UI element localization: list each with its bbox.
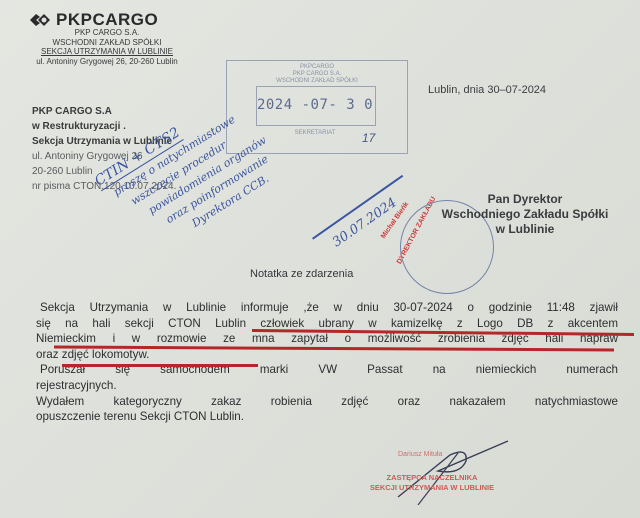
company-logo: PKPCARGO <box>28 10 158 30</box>
pkp-cargo-logo-icon <box>28 12 52 28</box>
body-line: Wydałem kategoryczny zakaz robienia zdję… <box>36 394 618 410</box>
stamp-number: 17 <box>362 131 375 145</box>
role-line: SEKCJI UTRZYMANIA W LUBLINIE <box>352 483 512 493</box>
document-body: Sekcja Utrzymania w Lublinie informuje ,… <box>36 300 618 425</box>
letterhead-line: SEKCJA UTRZYMANIA W LUBLINIE <box>12 47 202 57</box>
document-title: Notatka ze zdarzenia <box>250 268 353 280</box>
signatory-role: ZASTĘPCA NACZELNIKA SEKCJI UTRZYMANIA W … <box>352 473 512 493</box>
letterhead-line: WSCHODNI ZAKŁAD SPÓŁKI <box>12 38 202 48</box>
body-line: rejestracyjnych. <box>36 378 618 394</box>
addressee-line: w Lublinie <box>420 222 630 237</box>
body-line: opuszczenie terenu Sekcji CTON Lublin. <box>36 409 618 425</box>
addressee-line: Wschodniego Zakładu Spółki <box>420 207 630 222</box>
highlight-underline <box>62 364 258 367</box>
role-line: ZASTĘPCA NACZELNIKA <box>352 473 512 483</box>
logo-text: PKPCARGO <box>56 10 158 30</box>
date-line: Lublin, dnia 30–07-2024 <box>428 84 546 96</box>
letterhead-address: PKP CARGO S.A. WSCHODNI ZAKŁAD SPÓŁKI SE… <box>12 28 202 66</box>
body-line: Sekcja Utrzymania w Lublinie informuje ,… <box>36 300 618 316</box>
addressee-block: Pan Dyrektor Wschodniego Zakładu Spółki … <box>420 192 630 237</box>
sender-line: w Restrukturyzacji . <box>32 119 176 134</box>
letterhead-line: PKP CARGO S.A. <box>12 28 202 38</box>
sender-line: PKP CARGO S.A <box>32 104 176 119</box>
letterhead-line: ul. Antoniny Grygowej 26, 20-260 Lublin <box>12 57 202 67</box>
addressee-line: Pan Dyrektor <box>420 192 630 207</box>
